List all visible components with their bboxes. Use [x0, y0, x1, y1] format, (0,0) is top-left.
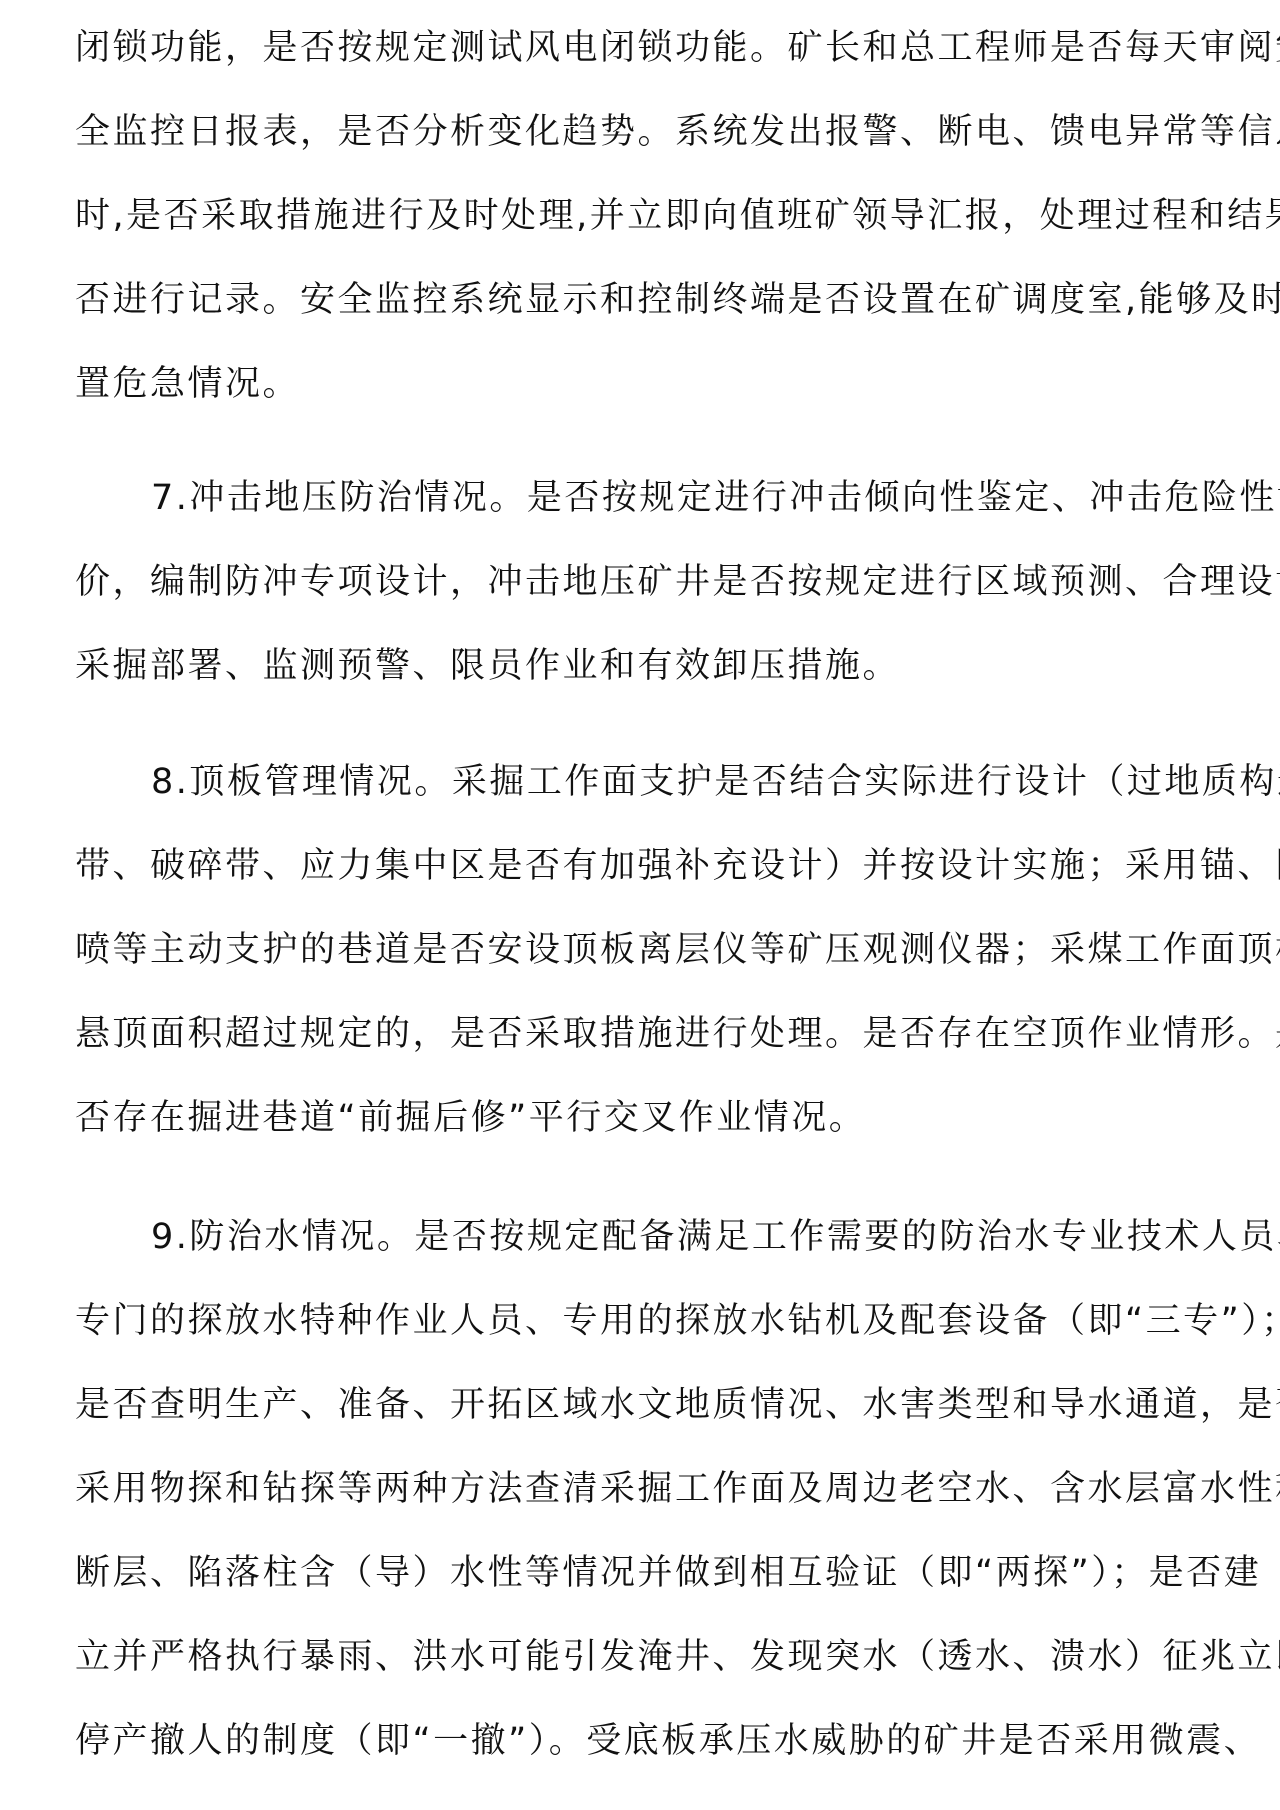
text-line: 价，编制防冲专项设计，冲击地压矿井是否按规定进行区域预测、合理设计: [75, 540, 1280, 624]
text-line: 时,是否采取措施进行及时处理,并立即向值班矿领导汇报，处理过程和结果是: [75, 174, 1280, 258]
text-line: 否进行记录。安全监控系统显示和控制终端是否设置在矿调度室,能够及时处: [75, 258, 1280, 342]
text-line: 悬顶面积超过规定的，是否采取措施进行处理。是否存在空顶作业情形。是: [75, 992, 1280, 1076]
paragraph-9-water-control: 9.防治水情况。是否按规定配备满足工作需要的防治水专业技术人员、 专门的探放水特…: [75, 1195, 1280, 1783]
text-line: 采掘部署、监测预警、限员作业和有效卸压措施。: [75, 624, 1280, 708]
text-line: 置危急情况。: [75, 342, 1280, 426]
text-line: 否存在掘进巷道“前掘后修”平行交叉作业情况。: [75, 1076, 1280, 1160]
text-line: 闭锁功能，是否按规定测试风电闭锁功能。矿长和总工程师是否每天审阅安: [75, 6, 1280, 90]
paragraph-8-roof-management: 8.顶板管理情况。采掘工作面支护是否结合实际进行设计（过地质构造 带、破碎带、应…: [75, 740, 1280, 1160]
text-line: 7.冲击地压防治情况。是否按规定进行冲击倾向性鉴定、冲击危险性评: [75, 456, 1280, 540]
text-line: 带、破碎带、应力集中区是否有加强补充设计）并按设计实施；采用锚、网、: [75, 824, 1280, 908]
text-line: 采用物探和钻探等两种方法查清采掘工作面及周边老空水、含水层富水性和: [75, 1447, 1280, 1531]
text-line: 9.防治水情况。是否按规定配备满足工作需要的防治水专业技术人员、: [75, 1195, 1280, 1279]
text-line: 全监控日报表，是否分析变化趋势。系统发出报警、断电、馈电异常等信息: [75, 90, 1280, 174]
text-line: 立并严格执行暴雨、洪水可能引发淹井、发现突水（透水、溃水）征兆立即: [75, 1615, 1280, 1699]
paragraph-6-continuation: 闭锁功能，是否按规定测试风电闭锁功能。矿长和总工程师是否每天审阅安 全监控日报表…: [75, 6, 1280, 426]
text-line: 喷等主动支护的巷道是否安设顶板离层仪等矿压观测仪器；采煤工作面顶板: [75, 908, 1280, 992]
text-line: 停产撤人的制度（即“一撤”）。受底板承压水威胁的矿井是否采用微震、: [75, 1699, 1280, 1783]
paragraph-7-rock-burst: 7.冲击地压防治情况。是否按规定进行冲击倾向性鉴定、冲击危险性评 价，编制防冲专…: [75, 456, 1280, 708]
text-line: 是否查明生产、准备、开拓区域水文地质情况、水害类型和导水通道，是否: [75, 1363, 1280, 1447]
text-line: 8.顶板管理情况。采掘工作面支护是否结合实际进行设计（过地质构造: [75, 740, 1280, 824]
text-line: 专门的探放水特种作业人员、专用的探放水钻机及配套设备（即“三专”）；: [75, 1279, 1280, 1363]
text-line: 断层、陷落柱含（导）水性等情况并做到相互验证（即“两探”）；是否建: [75, 1531, 1280, 1615]
